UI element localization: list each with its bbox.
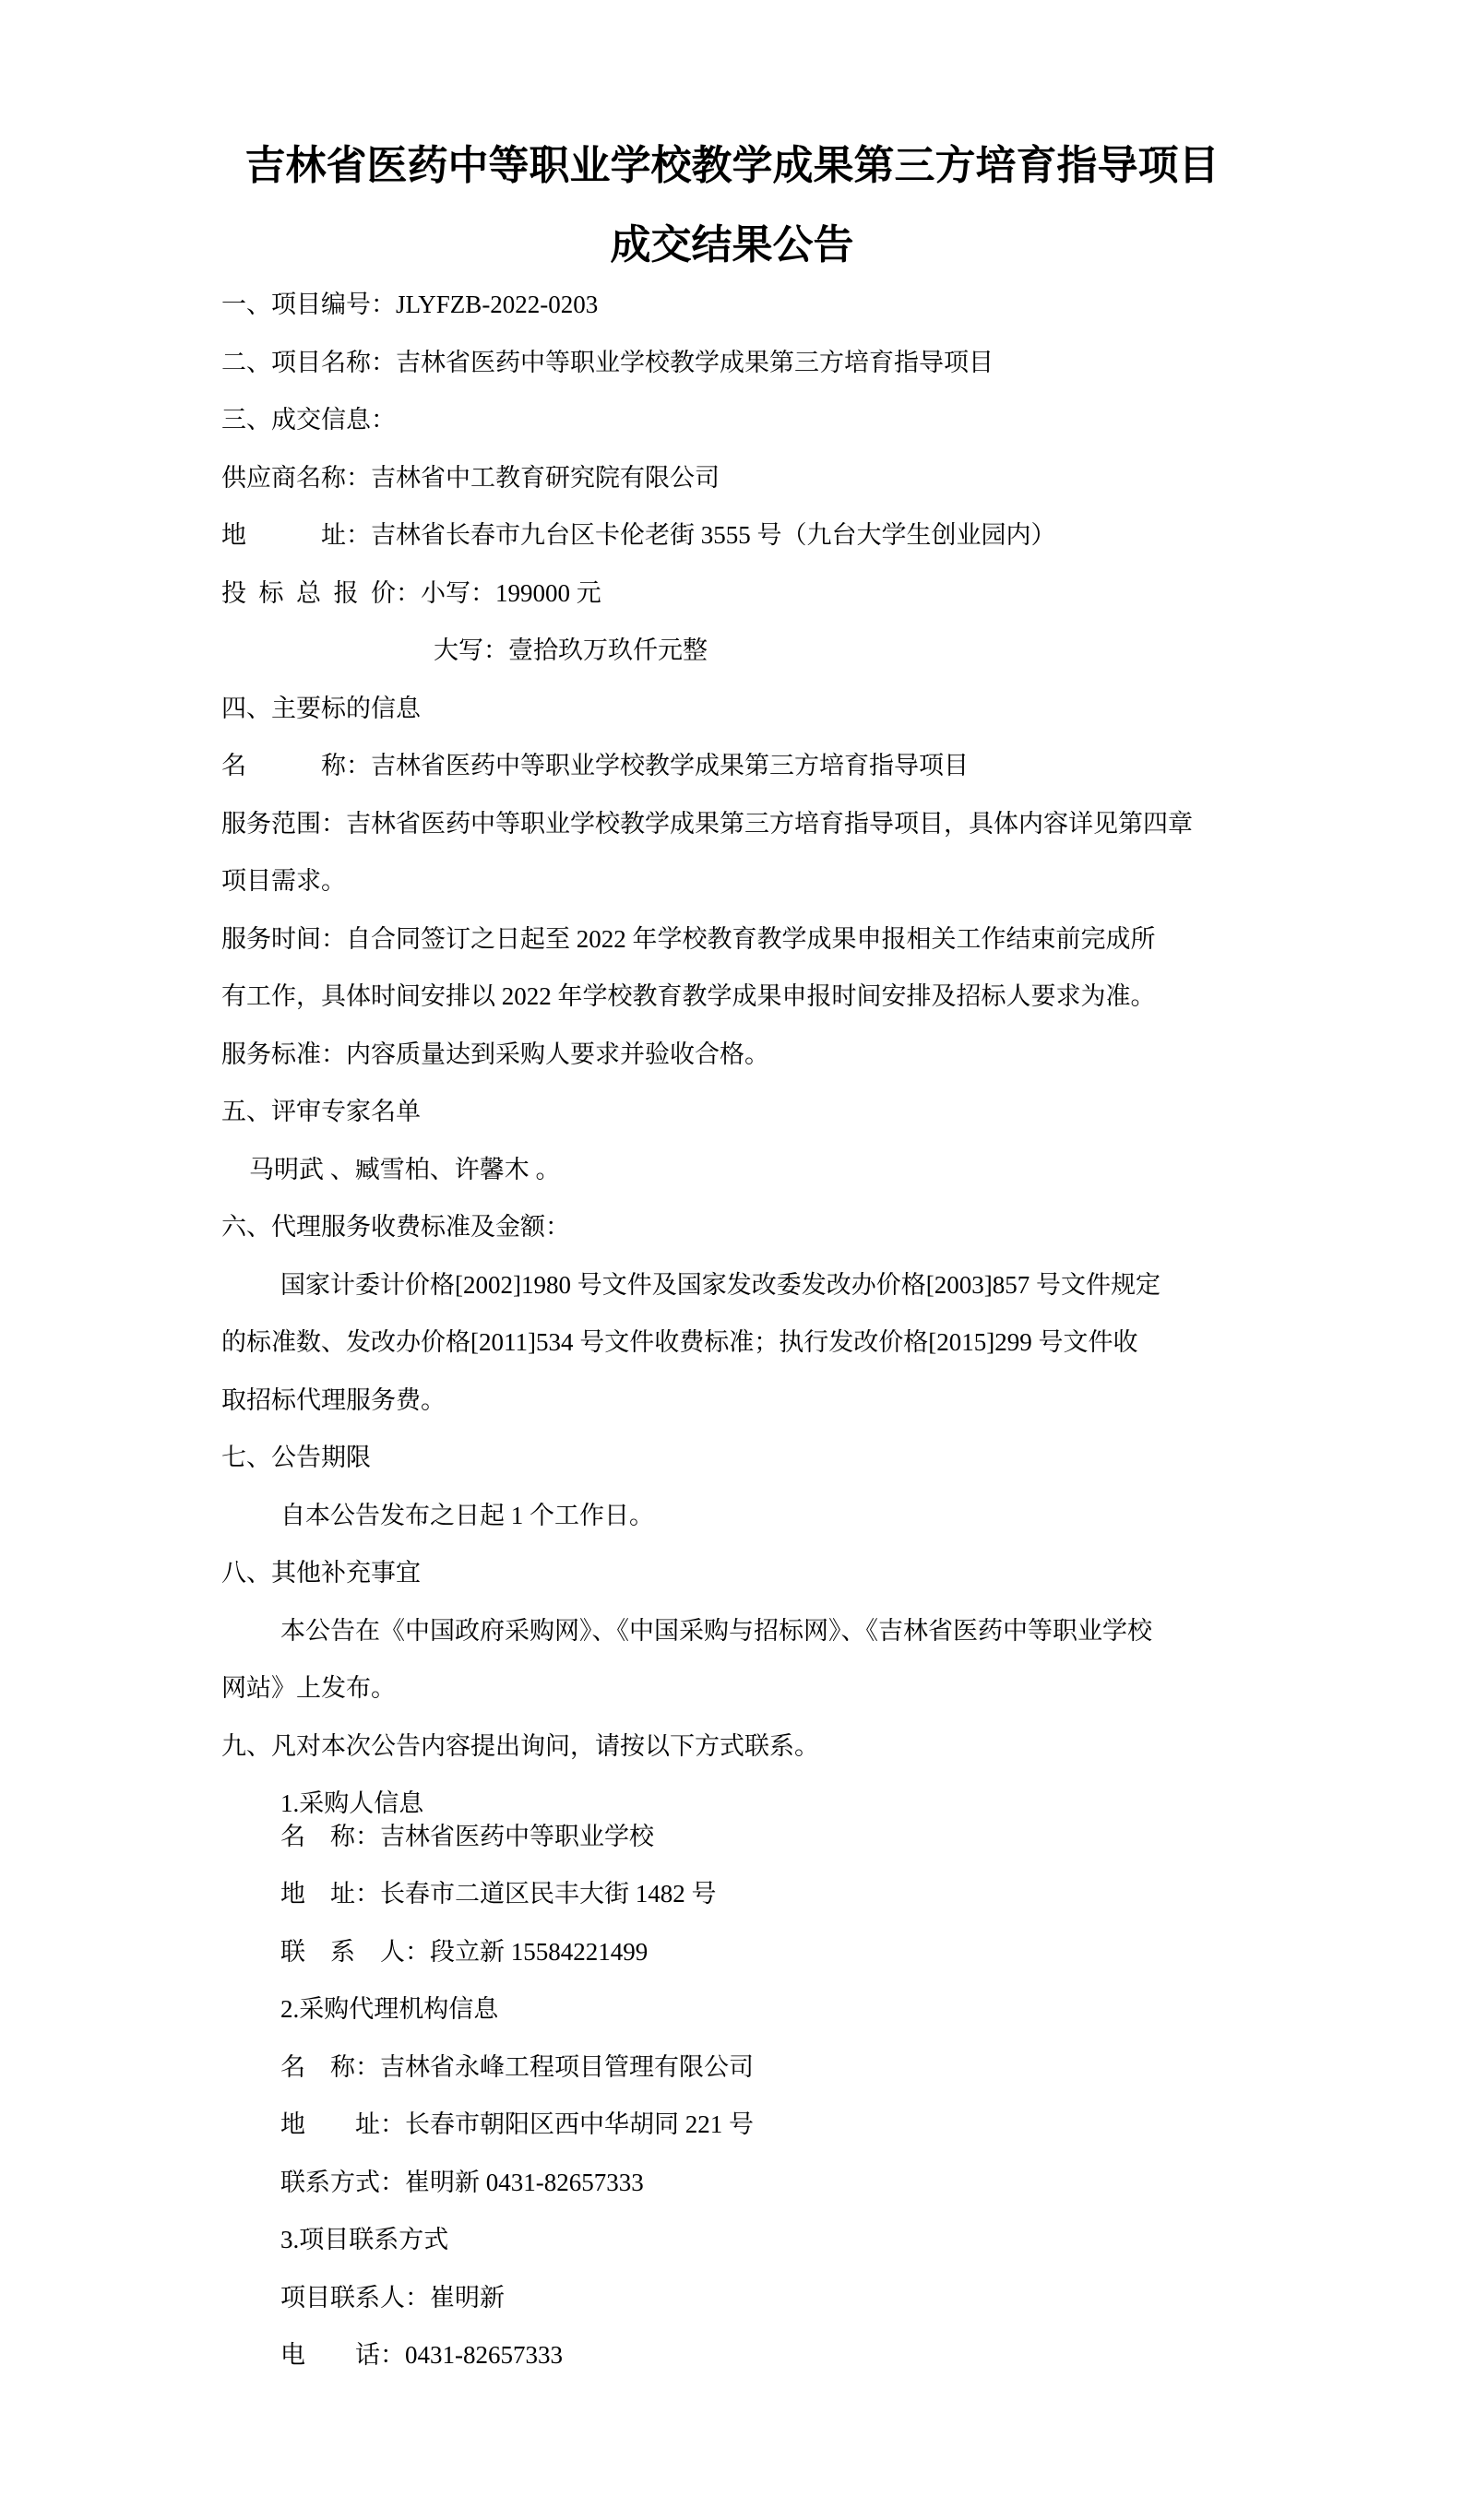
agency-fee-heading: 六、代理服务收费标准及金额： (221, 1198, 1243, 1256)
inquiry-heading: 九、凡对本次公告内容提出询问，请按以下方式联系。 (221, 1718, 1243, 1776)
project-contact-heading: 3.项目联系方式 (221, 2211, 1243, 2269)
experts-heading: 五、评审专家名单 (221, 1083, 1243, 1141)
agency-fee-line-3: 取招标代理服务费。 (221, 1372, 1243, 1430)
supplier-name-line: 供应商名称：吉林省中工教育研究院有限公司 (221, 449, 1243, 507)
project-phone-line: 电 话：0431-82657333 (221, 2326, 1243, 2384)
subject-name-line: 名 称：吉林省医药中等职业学校教学成果第三方培育指导项目 (221, 737, 1243, 795)
award-info-heading: 三、成交信息： (221, 391, 1243, 449)
purchaser-address-line: 地 址：长春市二道区民丰大街 1482 号 (221, 1865, 1243, 1923)
service-time-line-2: 有工作，具体时间安排以 2022 年学校教育教学成果申报时间安排及招标人要求为准… (221, 968, 1243, 1026)
bid-price-capital-line: 大写：壹拾玖万玖仟元整 (221, 622, 1243, 680)
experts-names-line: 马明武 、臧雪柏、许馨木 。 (221, 1141, 1243, 1199)
agency-fee-line-2: 的标准数、发改办价格[2011]534 号文件收费标准；执行发改价格[2015]… (221, 1313, 1243, 1372)
purchaser-contact-line: 联 系 人：段立新 15584221499 (221, 1923, 1243, 1981)
document-title-line-1: 吉林省医药中等职业学校教学成果第三方培育指导项目 (221, 143, 1243, 189)
agency-info-heading: 2.采购代理机构信息 (221, 1980, 1243, 2039)
document-content: 吉林省医药中等职业学校教学成果第三方培育指导项目 成交结果公告 一、项目编号：J… (0, 0, 1464, 2384)
publish-websites-line-2: 网站》上发布。 (221, 1659, 1243, 1718)
service-scope-line-1: 服务范围：吉林省医药中等职业学校教学成果第三方培育指导项目，具体内容详见第四章 (221, 795, 1243, 853)
publish-websites-line-1: 本公告在《中国政府采购网》、《中国采购与招标网》、《吉林省医药中等职业学校 (221, 1602, 1243, 1660)
agency-fee-line-1: 国家计委计价格[2002]1980 号文件及国家发改委发改办价格[2003]85… (221, 1256, 1243, 1314)
document-title-line-2: 成交结果公告 (221, 222, 1243, 268)
document-page: 吉林省医药中等职业学校教学成果第三方培育指导项目 成交结果公告 一、项目编号：J… (0, 0, 1464, 2520)
bid-price-line: 投 标 总 报 价：小写：199000 元 (221, 565, 1243, 623)
project-contact-person-line: 项目联系人：崔明新 (221, 2269, 1243, 2327)
project-number-line: 一、项目编号：JLYFZB-2022-0203 (221, 276, 1243, 334)
agency-name-line: 名 称：吉林省永峰工程项目管理有限公司 (221, 2039, 1243, 2097)
other-matters-heading: 八、其他补充事宜 (221, 1544, 1243, 1602)
project-name-line: 二、项目名称：吉林省医药中等职业学校教学成果第三方培育指导项目 (221, 334, 1243, 392)
service-standard-line: 服务标准：内容质量达到采购人要求并验收合格。 (221, 1026, 1243, 1084)
service-time-line-1: 服务时间：自合同签订之日起至 2022 年学校教育教学成果申报相关工作结束前完成… (221, 910, 1243, 969)
purchaser-name-line: 名 称：吉林省医药中等职业学校 (221, 1808, 1243, 1866)
agency-address-line: 地 址：长春市朝阳区西中华胡同 221 号 (221, 2096, 1243, 2154)
agency-contact-line: 联系方式：崔明新 0431-82657333 (221, 2154, 1243, 2212)
announcement-period-heading: 七、公告期限 (221, 1429, 1243, 1487)
subject-info-heading: 四、主要标的信息 (221, 680, 1243, 738)
supplier-address-line: 地 址：吉林省长春市九台区卡伦老街 3555 号（九台大学生创业园内） (221, 506, 1243, 565)
announcement-period-line: 自本公告发布之日起 1 个工作日。 (221, 1487, 1243, 1545)
service-scope-line-2: 项目需求。 (221, 852, 1243, 910)
